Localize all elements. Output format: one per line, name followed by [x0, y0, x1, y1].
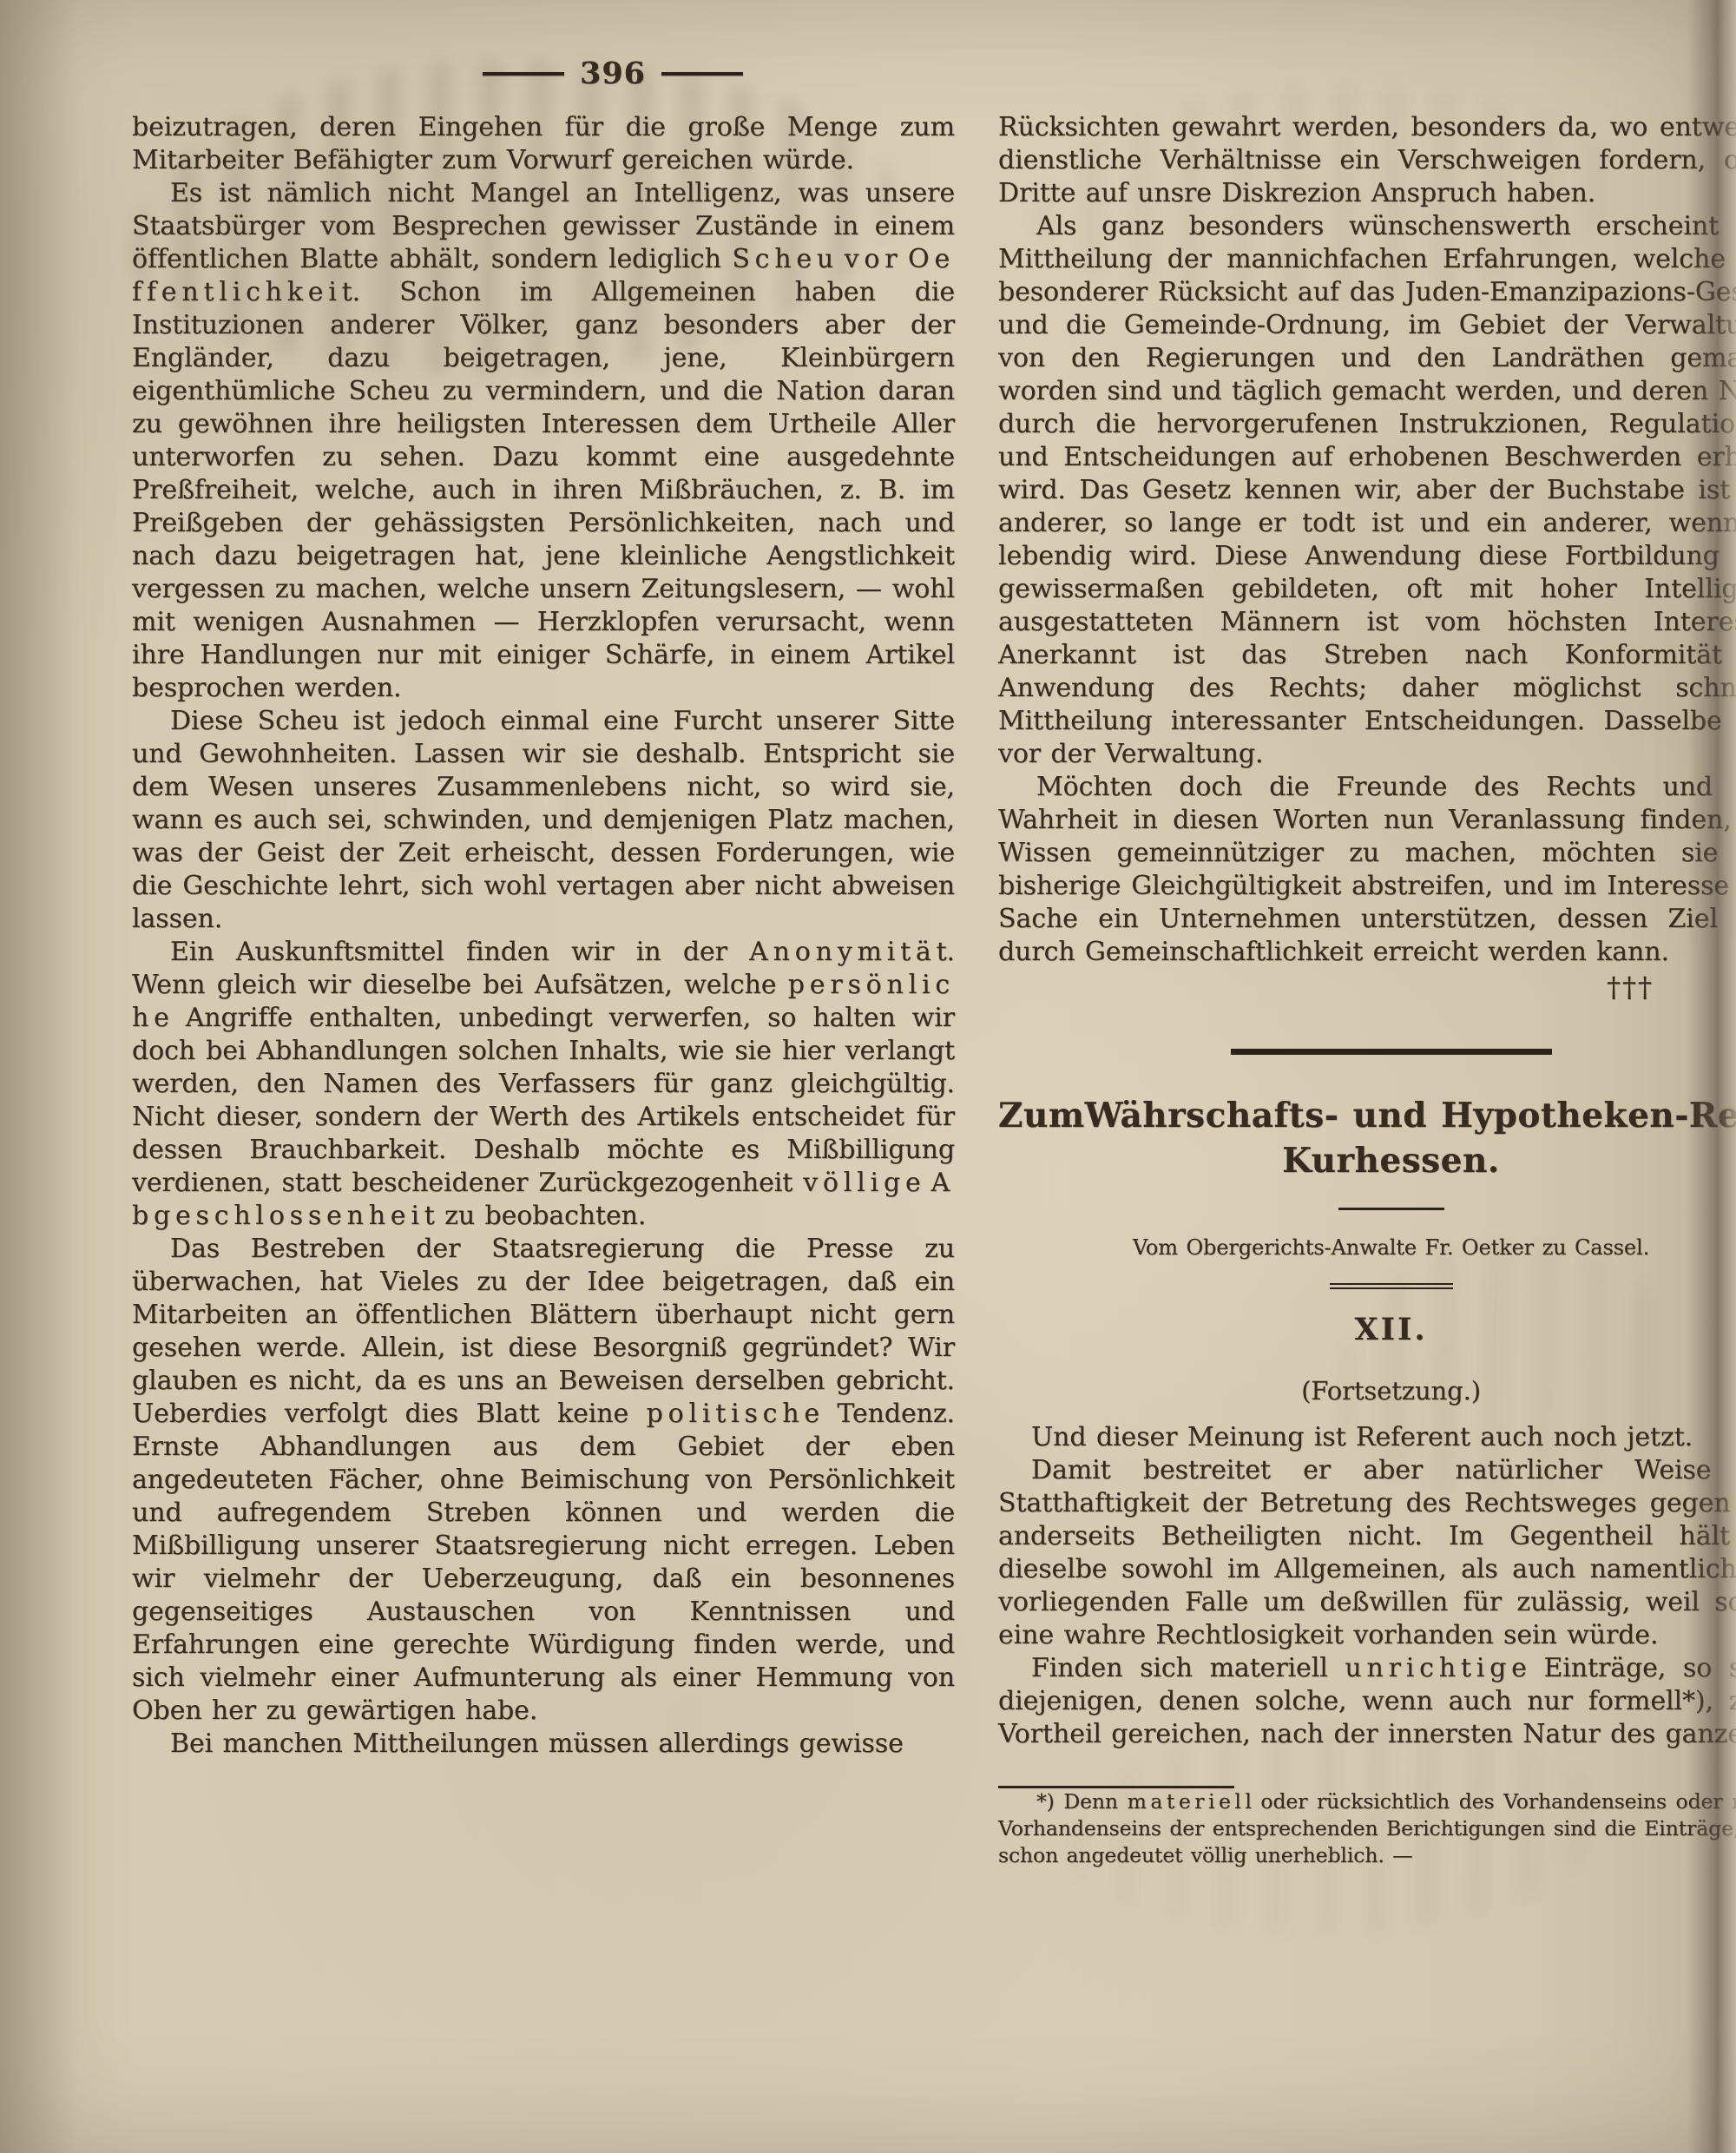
- header-rule-left: [483, 72, 564, 76]
- article-byline: Vom Obergerichts-Anwalte Fr. Oetker zu C…: [998, 1231, 1736, 1264]
- footnote: *) Denn m a t e r i e l l oder rücksicht…: [998, 1788, 1736, 1869]
- paragraph: Diese Scheu ist jedoch einmal eine Furch…: [132, 705, 955, 936]
- byline-rule: [1330, 1283, 1453, 1289]
- left-edge-shading: [0, 0, 78, 2153]
- right-column: Rücksichten gewahrt werden, besonders da…: [998, 111, 1736, 1869]
- paragraph: Und dieser Meinung ist Referent auch noc…: [998, 1421, 1736, 1454]
- article-title: ZumWährschafts- und Hypotheken-Rechte in…: [998, 1093, 1736, 1183]
- author-mark: †††: [998, 971, 1736, 1004]
- scanned-journal-page: 396 beizutragen, deren Eingehen für die …: [0, 0, 1736, 2153]
- page-edge-shadow: [1687, 0, 1736, 2153]
- paragraph: Damit bestreitet er aber natürlicher Wei…: [998, 1454, 1736, 1652]
- section-divider-rule: [1231, 1049, 1552, 1055]
- article-title-line1: ZumWährschafts- und Hypotheken-Rechte in: [998, 1093, 1736, 1138]
- article-body: Und dieser Meinung ist Referent auch noc…: [998, 1421, 1736, 1751]
- title-rule: [1338, 1208, 1444, 1210]
- paragraph: Es ist nämlich nicht Mangel an Intellige…: [132, 177, 955, 705]
- article-title-line2: Kurhessen.: [998, 1138, 1736, 1183]
- paragraph: Das Bestreben der Staatsregierung die Pr…: [132, 1233, 955, 1728]
- paragraph-continuation: Rücksichten gewahrt werden, besonders da…: [998, 111, 1736, 210]
- paragraph: Ein Auskunftsmittel finden wir in der A …: [132, 936, 955, 1233]
- continuation-note: (Fortsetzung.): [998, 1374, 1736, 1407]
- section-number: XII.: [998, 1314, 1736, 1346]
- paragraph: Finden sich materiell u n r i c h t i g …: [998, 1652, 1736, 1751]
- paragraph-continuation: beizutragen, deren Eingehen für die groß…: [132, 111, 955, 177]
- paragraph: Als ganz besonders wünschenswerth ersche…: [998, 210, 1736, 771]
- paragraph: Möchten doch die Freunde des Rechts und …: [998, 771, 1736, 969]
- paragraph: Bei manchen Mittheilungen müssen allerdi…: [132, 1728, 955, 1761]
- page-number: 396: [580, 56, 646, 91]
- header-rule-right: [661, 72, 743, 76]
- left-column: beizutragen, deren Eingehen für die groß…: [132, 111, 955, 1761]
- page-header: 396: [483, 56, 743, 91]
